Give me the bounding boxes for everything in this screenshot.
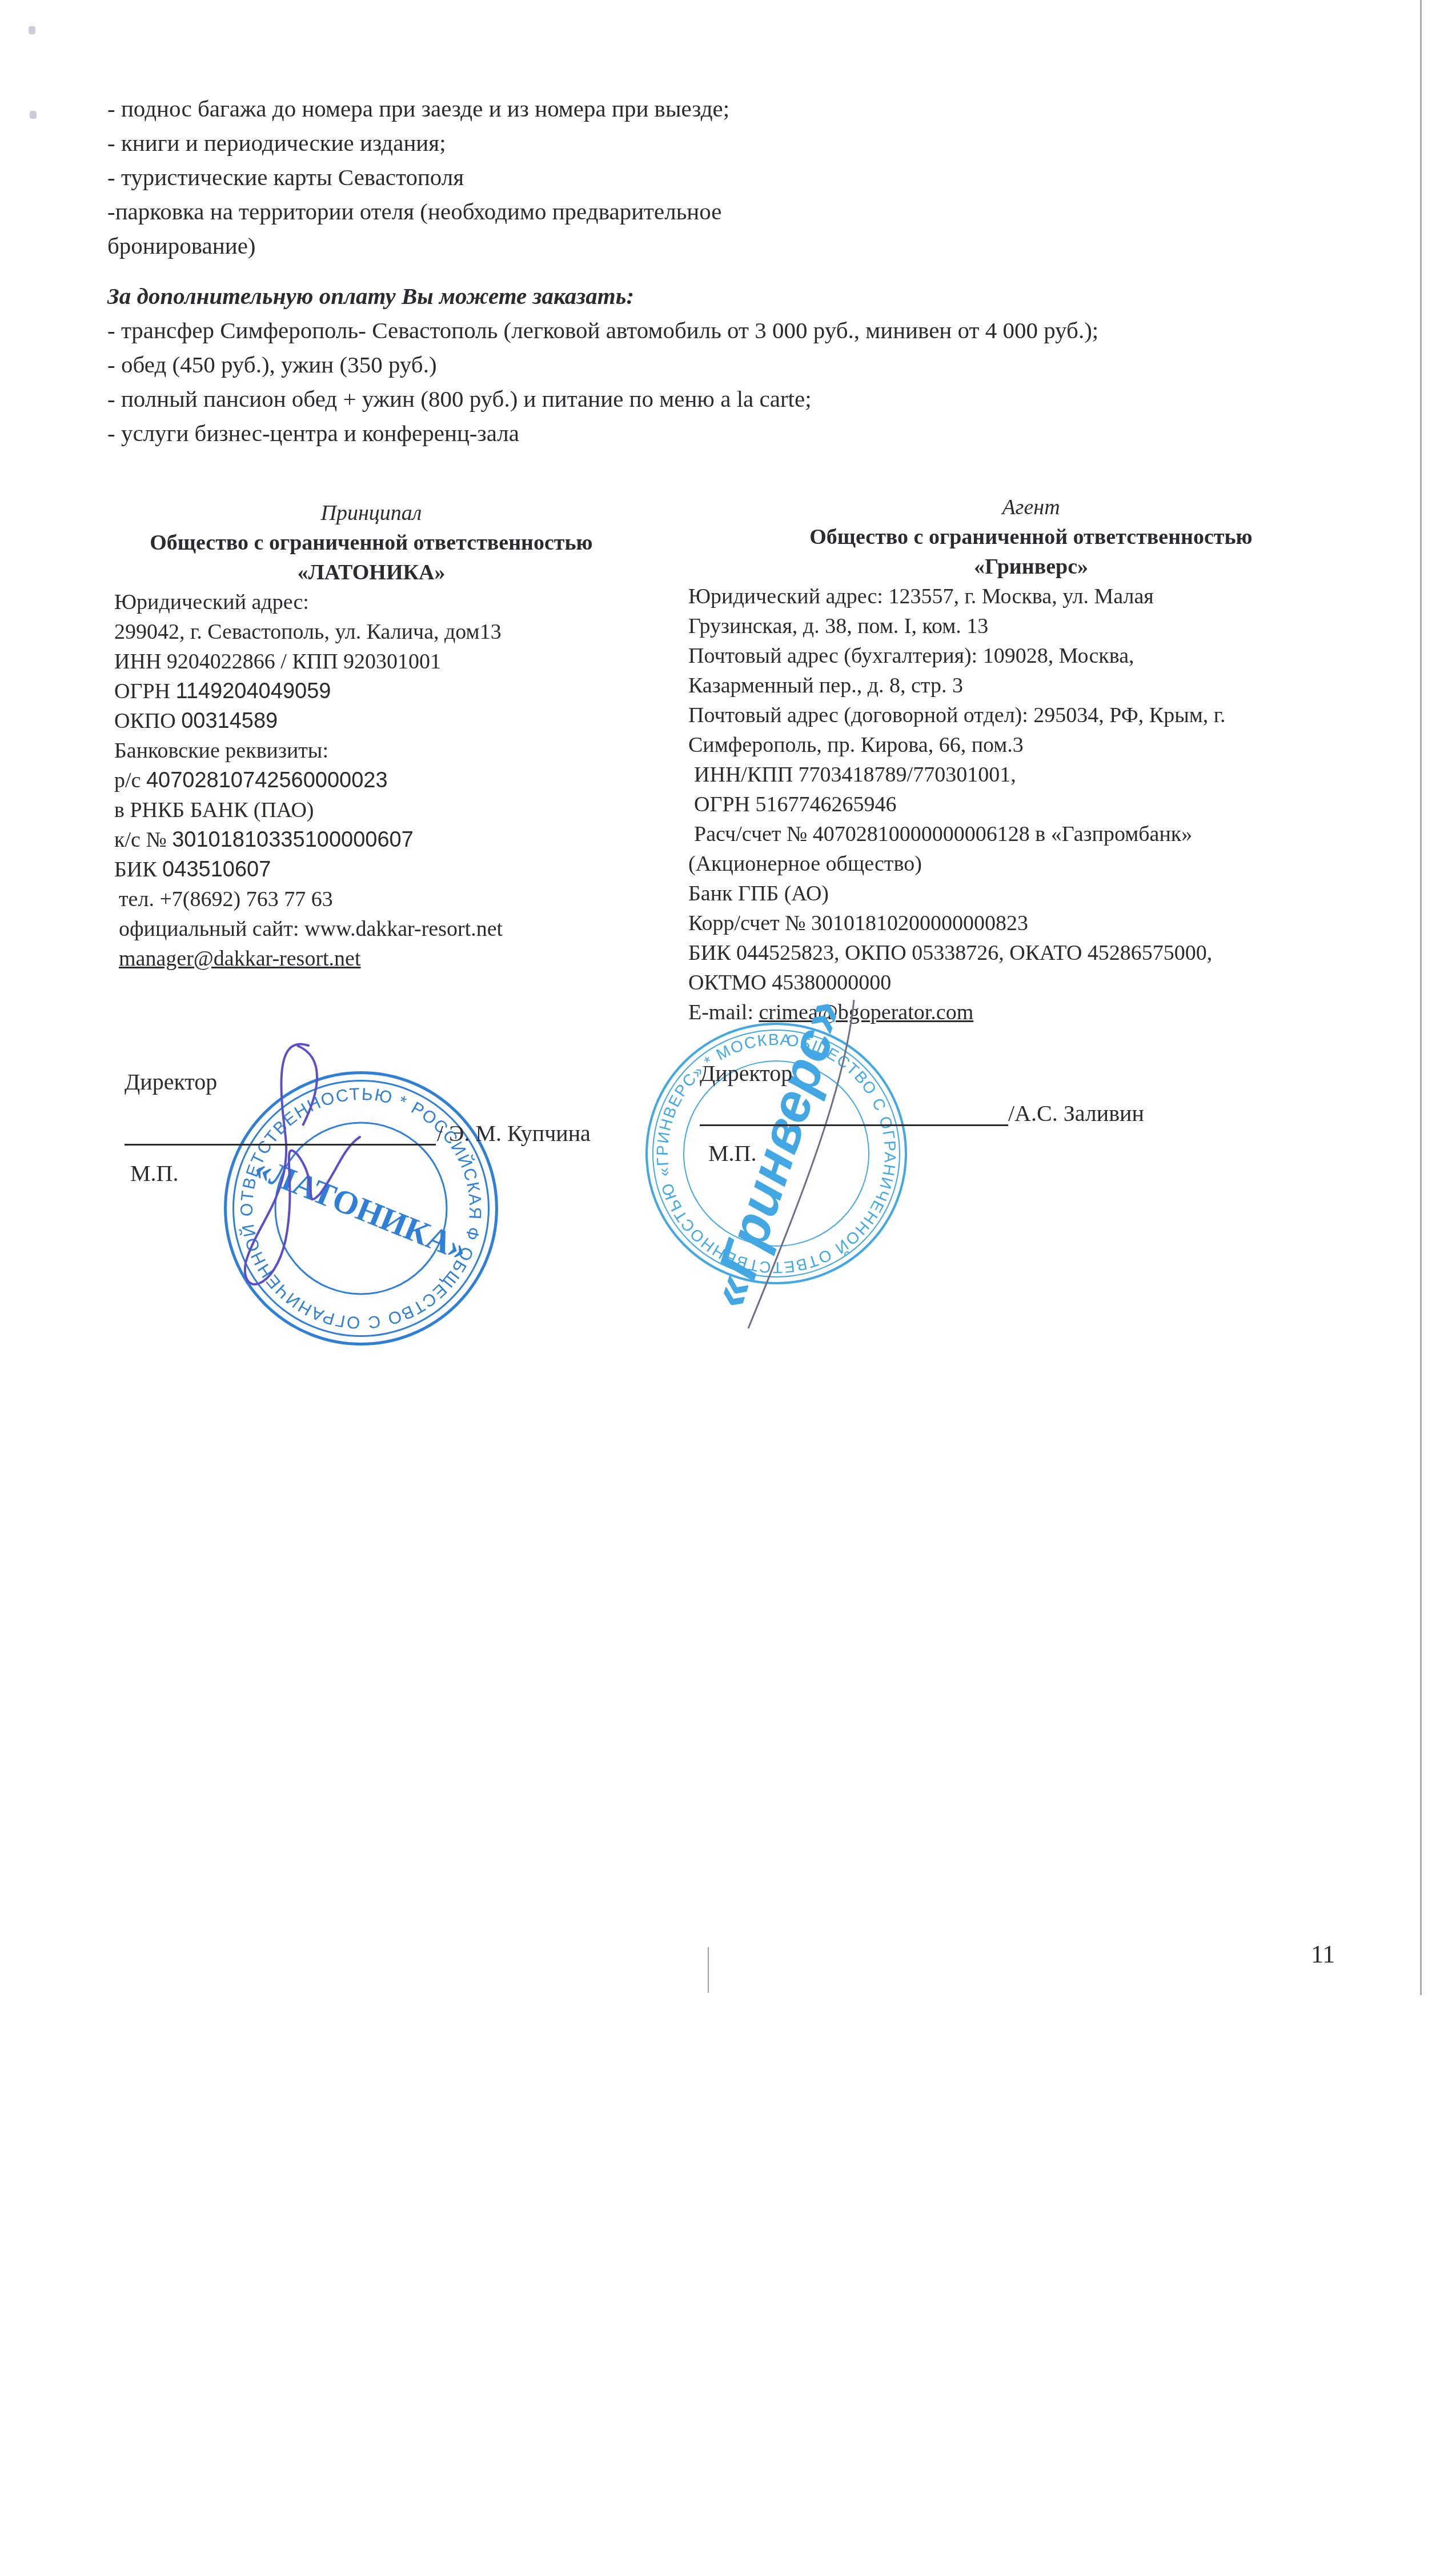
org-name: «Гринверс» — [688, 552, 1374, 582]
list-item: -парковка на территории отеля (необходим… — [107, 194, 729, 229]
requisite-line: Казарменный пер., д. 8, стр. 3 — [688, 671, 1374, 700]
requisite-line: Почтовый адрес (договорной отдел): 29503… — [688, 700, 1374, 730]
corr-label: к/с № — [114, 828, 172, 852]
requisite-line: Расч/счет № 40702810000000006128 в «Газп… — [688, 819, 1374, 849]
page-number: 11 — [1311, 1940, 1335, 1969]
legal-address: 299042, г. Севастополь, ул. Калича, дом1… — [114, 617, 628, 647]
ogrn: ОГРН 1149204049059 — [114, 676, 628, 706]
corr-value: 30101810335100000607 — [172, 828, 414, 852]
inn-kpp: ИНН 9204022866 / КПП 920301001 — [114, 647, 628, 676]
list-item: - полный пансион обед + ужин (800 руб.) … — [107, 382, 1098, 416]
okpo: ОКПО 00314589 — [114, 706, 628, 736]
signatory-title: Директор — [700, 1060, 792, 1087]
account-value: 40702810742560000023 — [146, 768, 388, 792]
requisite-line: БИК 044525823, ОКПО 05338726, ОКАТО 4528… — [688, 938, 1374, 968]
party-role: Агент — [688, 492, 1374, 522]
phone: тел. +7(8692) 763 77 63 — [114, 884, 628, 914]
signature-line — [700, 1124, 1008, 1126]
section-heading: За дополнительную оплату Вы можете заказ… — [107, 279, 1098, 313]
requisite-line: Банк ГПБ (АО) — [688, 879, 1374, 908]
website-link[interactable]: официальный сайт: www.dakkar-resort.net — [114, 914, 628, 944]
bik-label: БИК — [114, 858, 162, 882]
party-role: Принципал — [114, 498, 628, 528]
list-item: - туристические карты Севастополя — [107, 160, 729, 194]
scan-artifact — [29, 26, 35, 34]
signature-line — [125, 1144, 436, 1146]
list-item: - трансфер Симферополь- Севастополь (лег… — [107, 313, 1098, 347]
org-form: Общество с ограниченной ответственностью — [688, 522, 1374, 552]
principal-details: Принципал Общество с ограниченной ответс… — [114, 498, 628, 974]
bank-name: в РНКБ БАНК (ПАО) — [114, 795, 628, 825]
list-item: бронирование) — [107, 229, 729, 263]
bik-value: 043510607 — [162, 858, 271, 882]
seal-label: М.П. — [130, 1160, 178, 1187]
requisite-line: Почтовый адрес (бухгалтерия): 109028, Мо… — [688, 641, 1374, 671]
list-item: - книги и периодические издания; — [107, 126, 729, 160]
email-link[interactable]: manager@dakkar-resort.net — [114, 944, 628, 974]
requisite-line: Грузинская, д. 38, пом. I, ком. 13 — [688, 611, 1374, 641]
okpo-value: 00314589 — [181, 709, 278, 733]
settlement-account: р/с 40702810742560000023 — [114, 766, 628, 795]
requisite-line: ОКТМО 45380000000 — [688, 968, 1374, 998]
list-item: - услуги бизнес-центра и конференц-зала — [107, 416, 1098, 450]
account-label: р/с — [114, 768, 146, 792]
scan-artifact-line — [708, 1947, 709, 1993]
okpo-label: ОКПО — [114, 709, 181, 733]
signatory-name: /А.С. Заливин — [1008, 1100, 1144, 1127]
signature-icon — [188, 1023, 377, 1320]
list-item: - поднос багажа до номера при заезде и и… — [107, 91, 729, 126]
ogrn-value: 1149204049059 — [176, 679, 331, 703]
agent-details: Агент Общество с ограниченной ответствен… — [688, 492, 1374, 1027]
ogrn-label: ОГРН — [114, 679, 176, 703]
seal-label: М.П. — [708, 1140, 756, 1167]
legal-address-label: Юридический адрес: — [114, 587, 628, 617]
requisite-line: ИНН/КПП 7703418789/770301001, — [688, 760, 1374, 790]
scan-artifact — [30, 111, 37, 119]
extra-services-section: За дополнительную оплату Вы можете заказ… — [107, 279, 1098, 450]
requisite-line: ОГРН 5167746265946 — [688, 790, 1374, 819]
requisite-line: Корр/счет № 30101810200000000823 — [688, 908, 1374, 938]
bank-details-label: Банковские реквизиты: — [114, 736, 628, 766]
bik: БИК 043510607 — [114, 855, 628, 884]
corr-account: к/с № 30101810335100000607 — [114, 825, 628, 855]
included-services-list: - поднос багажа до номера при заезде и и… — [107, 91, 729, 263]
requisite-line: (Акционерное общество) — [688, 849, 1374, 879]
requisite-line: Симферополь, пр. Кирова, 66, пом.3 — [688, 730, 1374, 760]
org-name: «ЛАТОНИКА» — [114, 558, 628, 587]
signatory-name: / Э. М. Купчина — [437, 1120, 591, 1147]
page-edge-line — [1420, 0, 1422, 1995]
requisite-line: Юридический адрес: 123557, г. Москва, ул… — [688, 582, 1374, 611]
signatory-title: Директор — [125, 1068, 217, 1095]
list-item: - обед (450 руб.), ужин (350 руб.) — [107, 347, 1098, 382]
org-form: Общество с ограниченной ответственностью — [114, 528, 628, 558]
